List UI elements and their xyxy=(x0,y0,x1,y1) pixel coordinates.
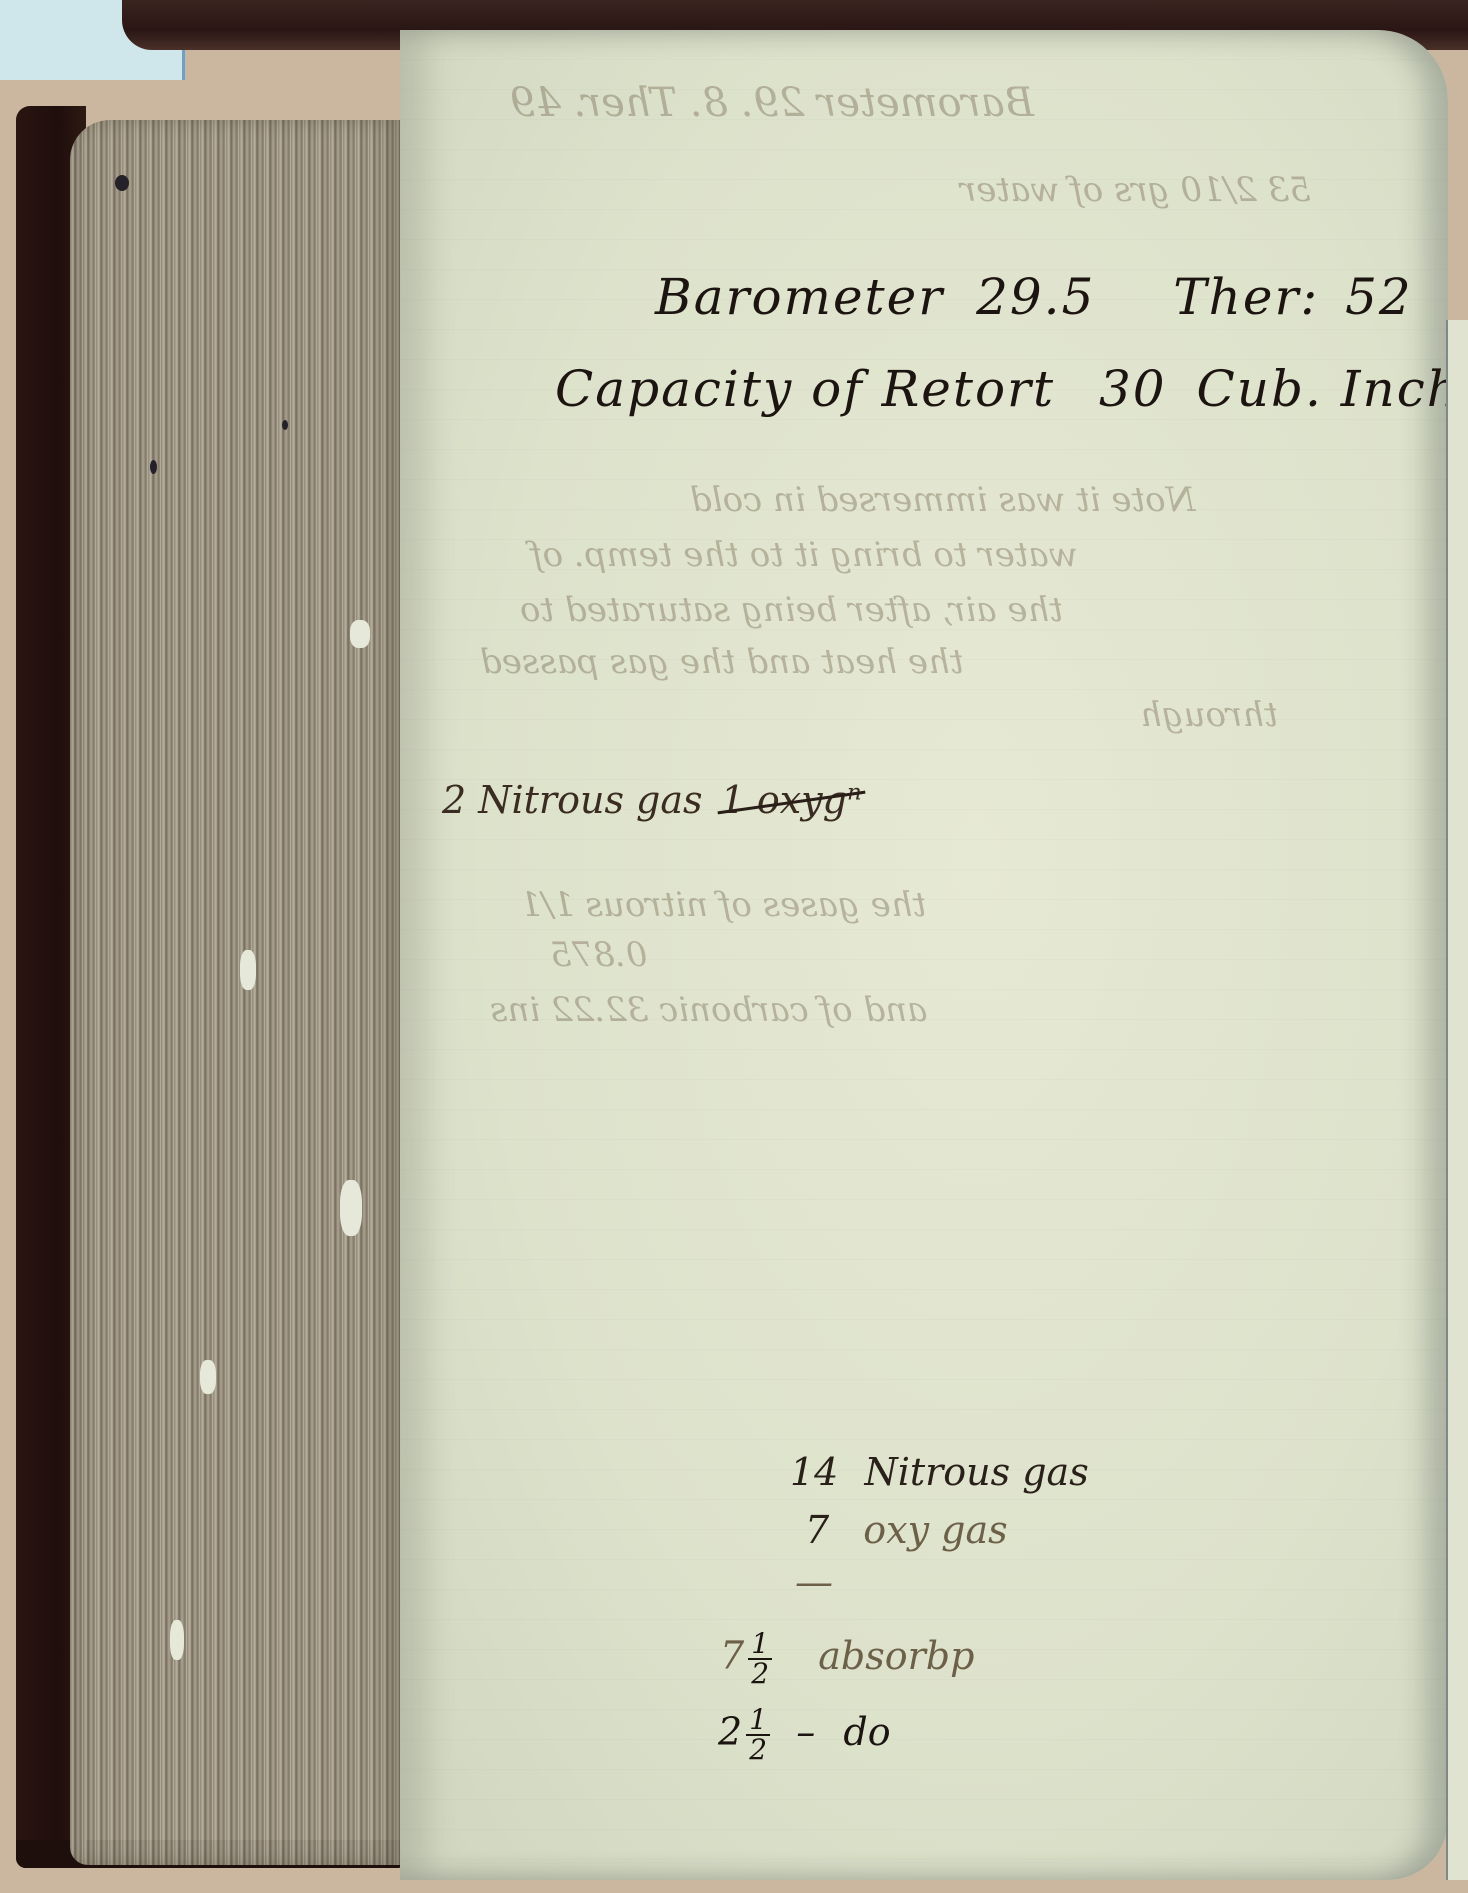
bleed-through-text: through xyxy=(1140,695,1278,735)
ink-stain xyxy=(150,460,157,474)
experiment-line-1: 14 Nitrous gas xyxy=(790,1450,1089,1494)
struck-oxygen: 1 oxygn xyxy=(721,778,862,822)
gas-name: Nitrous gas xyxy=(864,1450,1088,1494)
page-damage xyxy=(200,1360,216,1394)
fraction: 12 xyxy=(746,1706,770,1764)
bleed-through-text: Note it was immersed in cold xyxy=(690,480,1195,520)
mixture-text: 2 Nitrous gas xyxy=(442,778,703,822)
bleed-through-text: the air, after being saturated to xyxy=(520,590,1063,630)
fraction: 12 xyxy=(748,1630,772,1688)
capacity-unit: Cub. Inches xyxy=(1196,360,1468,418)
page-damage xyxy=(340,1180,362,1236)
struck-superscript: n xyxy=(847,779,862,805)
experiment-line-2: 7 oxy gas xyxy=(805,1508,1008,1552)
quantity: 14 xyxy=(790,1450,838,1494)
whole-number: 2 xyxy=(718,1710,742,1754)
ink-stain xyxy=(282,420,288,430)
nitrous-mixture-line: 2 Nitrous gas 1 oxygn xyxy=(442,778,862,822)
quantity: 7 xyxy=(805,1508,829,1552)
ditto-text: do xyxy=(843,1710,890,1754)
barometer-line: Barometer 29.5 Ther: 52 xyxy=(655,268,1413,326)
thermometer-label: Ther: xyxy=(1173,268,1319,326)
thermometer-value: 52 xyxy=(1345,268,1413,326)
struck-text: 1 oxyg xyxy=(721,778,847,822)
whole-number: 7 xyxy=(720,1634,744,1678)
experiment-line-3: 712 absorbp xyxy=(720,1630,974,1688)
bleed-through-text: the heat and the gas passed xyxy=(480,642,964,682)
result-text: absorbp xyxy=(818,1634,974,1678)
page-damage xyxy=(350,620,370,648)
bleed-through-text: water to bring it to the temp. of xyxy=(530,535,1078,575)
next-page-edge xyxy=(1446,320,1468,1880)
bleed-through-text: 0.875 xyxy=(550,935,647,975)
numerator: 1 xyxy=(749,1706,767,1734)
retort-capacity-line: Capacity of Retort 30 Cub. Inches xyxy=(555,360,1468,418)
experiment-line-4: 212 – do xyxy=(718,1706,891,1764)
bleed-through-text: 53 2/10 grs of water xyxy=(960,170,1311,210)
page-block-fore-edge xyxy=(70,120,405,1865)
barometer-value: 29.5 xyxy=(976,268,1095,326)
barometer-label: Barometer xyxy=(655,268,944,326)
gas-name: oxy gas xyxy=(863,1508,1007,1552)
bleed-through-text: Barometer 29. 8. Ther. 49 xyxy=(510,80,1034,126)
denominator: 2 xyxy=(749,1736,767,1764)
notebook-page: Barometer 29. 8. Ther. 49 53 2/10 grs of… xyxy=(400,30,1448,1880)
bleed-through-text: and of carbonic 32.22 ins xyxy=(490,990,927,1030)
sum-rule: — xyxy=(795,1560,833,1604)
page-damage xyxy=(240,950,256,990)
capacity-value: 30 xyxy=(1099,360,1167,418)
numerator: 1 xyxy=(751,1630,769,1658)
capacity-label: Capacity of Retort xyxy=(555,360,1055,418)
page-damage xyxy=(170,1620,184,1660)
denominator: 2 xyxy=(751,1660,769,1688)
bleed-through-text: the gases of nitrous 1/1 xyxy=(520,885,926,925)
ink-stain xyxy=(115,175,129,191)
dash: – xyxy=(796,1710,815,1754)
